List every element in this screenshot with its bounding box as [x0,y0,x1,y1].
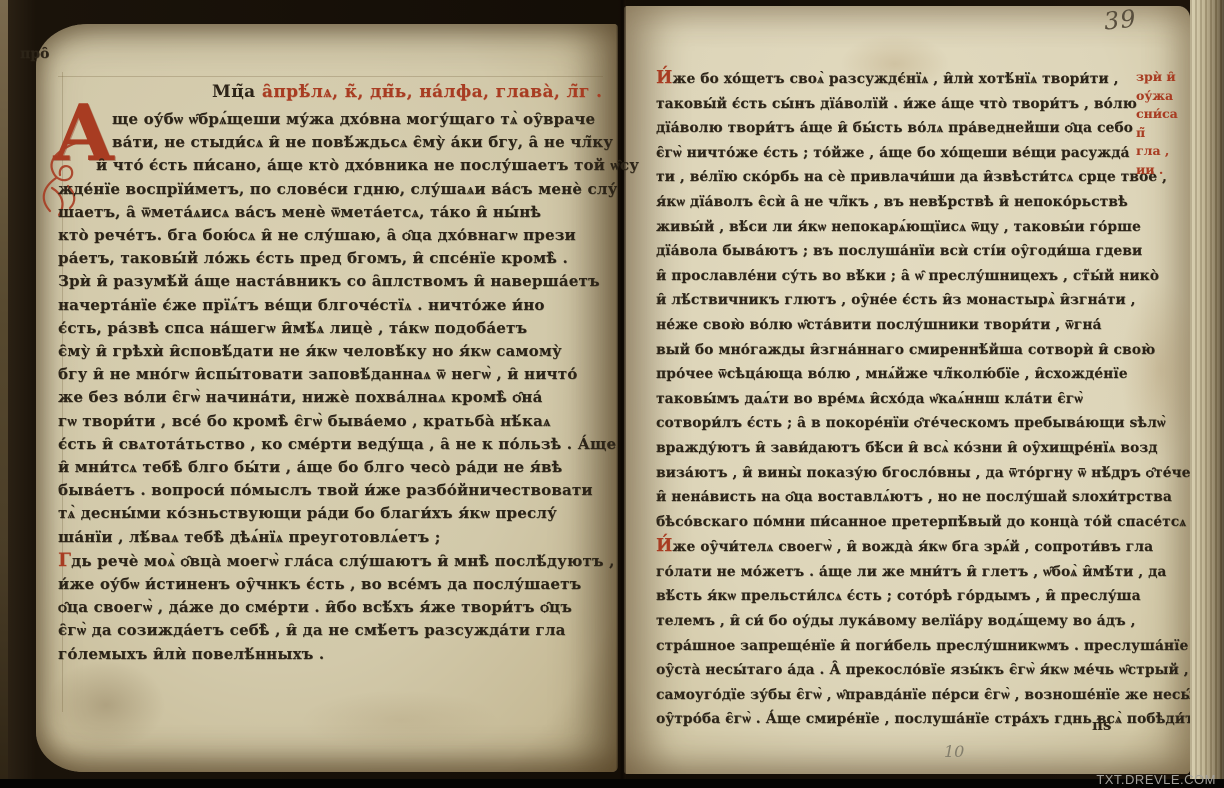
right-page-line: виза́ютъ , и̑ вины̀ показу́ю бгосло́вны … [656,461,1132,486]
left-top-rule [58,76,603,77]
folio-number: 39 [1103,4,1138,35]
right-page-line: самоуго́дїе зу́бы є̑гѡ̀ , ѡ̑правда́нїе п… [656,683,1132,708]
book-spread: про̑ Мц̃а а̑прѣ́лѧ, к̃, дн̃ь, на́лфа, гл… [0,0,1224,788]
right-page-line: И́же оу̑чи́телѧ своегѡ̀ , и̑ вожда̀ я́кѡ… [656,534,1132,560]
left-page-line: тѧ̀ десны́ми ко́зньствующи ра́ди бо благ… [58,502,606,525]
right-page-line: дїа́вола быва́ютъ ; въ послуша́нїи всѝ с… [656,239,1132,264]
red-paragraph-initial: И́ [656,536,672,556]
catchword: п̃ѕ [1092,716,1111,734]
margin-note-prologue: про̑ [20,46,49,62]
left-page-line: начерта́нїе є́же прїѧ́тъ ве́щи блгоче́ст… [58,294,606,317]
left-page-line: є̑му̀ и̑ грѣхѝ и̑сповѣ́дати не я́кѡ чело… [58,340,606,363]
right-page-line: го́лати не мо́жетъ . а́ще ли же мни́тъ и… [656,560,1132,585]
left-page-line: ра́етъ, таковы́й ло́жь є́сть пред бгомъ,… [58,247,606,270]
left-page-line: ще оу́бѡ ѡ̑брѧ́щеши му́жа дхо́вна могу́щ… [112,108,606,131]
book-gutter [616,0,626,780]
watermark: TXT.DREVLE.COM [1096,772,1216,787]
left-page-line: жде́нїе воспрїи́метъ, по слове́си гдню, … [58,178,606,201]
left-page-line: гѡ твори́ти , все́ бо кромѣ̀ є̑гѡ̀ быва́… [58,410,606,433]
left-page-line: шаетъ, а̑ ѿмета́ѧисѧ ва́съ менè ѿмета́ет… [58,201,606,224]
right-page-line: про́чее ѿсѣца́юща во́лю , мнѧ́йже чл̃кол… [656,362,1132,387]
right-page-line: бѣсо́вскаго по́мни пи́санное претерпѣ́вы… [656,510,1132,535]
left-page-line: ша́нїи , лѣ́ваѧ тебѣ̀ дѣѧ́нїѧ преуготовл… [58,526,606,549]
right-page-line: И́же бо хо́щетъ своѧ̀ разсуждє́нїѧ , и̑л… [656,66,1132,92]
left-page-line: є̑гѡ̀ да созижда́етъ себѣ̀ , и̑ да не см… [58,619,606,642]
margin-note: ии . [1136,161,1194,180]
left-page-header: Мц̃а а̑прѣ́лѧ, к̃, дн̃ь, на́лфа, глава̀,… [212,82,602,102]
right-page-line: є̑гѡ̀ ничто́же є́сть ; то́йже , а́ще бо … [656,141,1132,166]
right-page-line: вѣ́сть я́кѡ прельсти́лсѧ є́сть ; сото́рѣ… [656,584,1132,609]
margin-note: зрѝ и̑ [1136,68,1194,87]
margin-note: п̃ [1136,124,1194,143]
left-page-line: ва́ти, не стыди́сѧ и̑ не повѣ́ждьсѧ є̑му… [112,131,606,154]
right-page-line: таковы́й є́сть сы́нъ дїа́волїй . и́же а́… [656,92,1132,117]
right-page-line: оу̑тро́ба є̑гѡ̀ . А́ще смире́нїе , послу… [656,707,1132,732]
right-page-line: вражду́ютъ и̑ зави́даютъ бѣ́си и̑ всѧ̀ к… [656,436,1132,461]
right-page-line: живы́й , вѣ́си ли я́кѡ непокарѧ́ющїисѧ ѿ… [656,215,1132,240]
bottom-bar [0,779,1224,788]
right-page-line: я́кѡ дїа́волъ є̑сѝ а̑ не чл̃къ , въ невѣ… [656,190,1132,215]
right-page-line: ти , ве́лїю ско́рбь на сè привлачи́ши да… [656,165,1132,190]
right-page-line: оу̑ста̀ несы́таго а́да . А̑ прекосло́вїе… [656,658,1132,683]
left-page-line: ѻ̑ца своегѡ̀ , да́же до сме́рти . и̑бо в… [58,596,606,619]
left-text-block: ще оу́бѡ ѡ̑брѧ́щеши му́жа дхо́вна могу́щ… [58,108,606,666]
left-page-line: го́лемыхъ и̑лѝ повелѣ́нныхъ . [58,643,606,666]
right-page-line: вый бо мно́гажды и̑згна́ннаго смиреннѣ́й… [656,338,1132,363]
red-paragraph-initial: Г [58,549,71,571]
left-page-line: бгу и̑ не мно́гѡ и̑спы́товати заповѣ́дан… [58,363,606,386]
page-edges [1190,0,1224,779]
right-text-block: И́же бо хо́щетъ своѧ̀ разсуждє́нїѧ , и̑л… [656,66,1132,732]
right-page-line: и̑ нена́висть на ѻ̑ца воставлѧ́ютъ , но … [656,485,1132,510]
right-page-line: сотвори́лъ є́сть ; а̑ в покоре́нїи ѻ̑те́… [656,411,1132,436]
margin-note: оу́жа [1136,87,1194,106]
left-page-line: кто̀ рече́тъ. бга бою́сѧ и̑ не слу́шаю, … [58,224,606,247]
left-page-line: є́сть и̑ свѧтота́тьство , ко сме́рти вед… [58,433,606,456]
right-page-line: дїа́волю твори́тъ а́ще и̑ бы́сть во́лѧ п… [656,116,1132,141]
left-page-line: Зрѝ и̑ разумѣ́й а́ще наста́вникъ со а̑пл… [58,270,606,293]
right-page-line: не́же свою̀ во́лю ѡ̑ста́вити послу́шники… [656,313,1132,338]
left-page-line: и̑ мни́тсѧ тебѣ̀ блго бы́ти , а́ще бо бл… [58,456,606,479]
left-page-line: и̑ что́ є́сть пи́сано, а́ще кто̀ дхо́вни… [96,154,606,177]
left-page-line: же без во́ли є̑гѡ̀ начина́ти, нижè похва… [58,386,606,409]
margin-note: сни́са [1136,105,1194,124]
left-page-line: быва́етъ . вопроси́ по́мыслъ твой и́же р… [58,479,606,502]
right-page-line: таковы́мъ даѧ́ти во вре́мѧ и̑схо́да ѡ̑ка… [656,387,1132,412]
right-page-line: и̑ лѣ́ствичникъ глютъ , оу̑не́е є́сть и̑… [656,288,1132,313]
left-page-line: Гдь речè моѧ̀ ѻ̑вца̀ моегѡ̀ гла́са слу́ш… [58,549,606,573]
header-month-word: Мц̃а [212,82,256,102]
header-rubric-text: а̑прѣ́лѧ, к̃, дн̃ь, на́лфа, глава̀, л̃г … [262,82,602,102]
right-page-line: стра́шное запреще́нїе и̑ поги́бель пресл… [656,634,1132,659]
right-page-line: и̑ прославле́ни су́ть во вѣ́ки ; а̑ ѡ̑ п… [656,264,1132,289]
left-page-line: и́же оу́бѡ и́стиненъ оу̑чнкъ є́сть , во … [58,573,606,596]
left-page-line: є́сть, ра́звѣ спса на́шегѡ и̑мѣ́ѧ лицè ,… [58,317,606,340]
right-page-line: телемъ , и̑ си́ бо оу́ды лука́вому велїа… [656,609,1132,634]
red-paragraph-initial: И́ [656,68,672,88]
margin-note: гла , [1136,142,1194,161]
margin-notes: зрѝ и̑оу́жасни́сап̃гла ,ии . [1136,68,1194,179]
pencil-page-number: 10 [944,742,964,761]
book-cover-edge [0,0,8,788]
